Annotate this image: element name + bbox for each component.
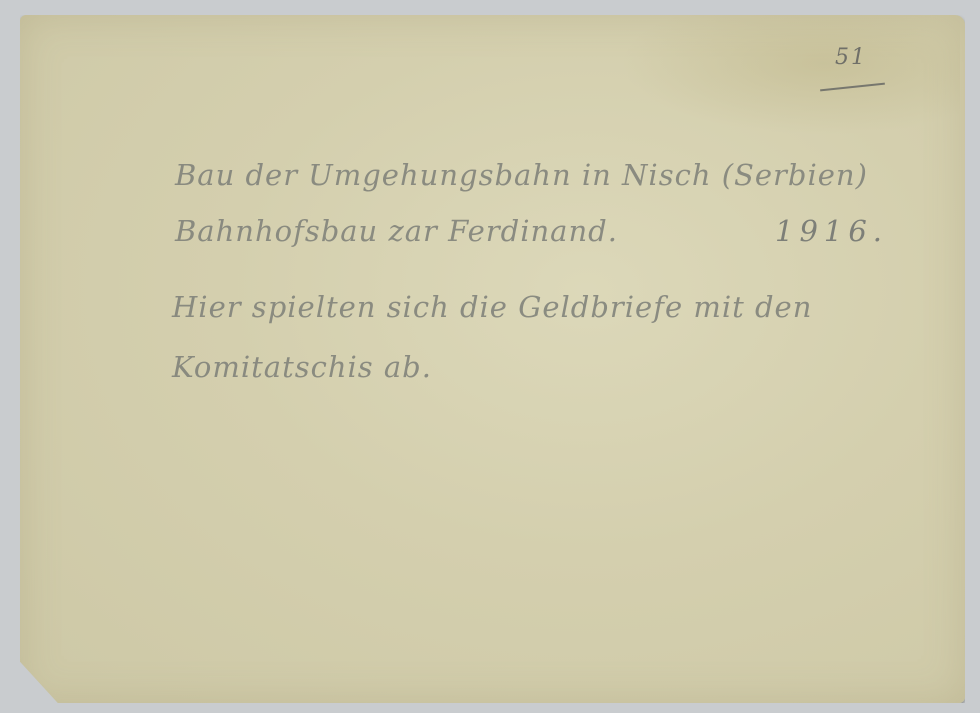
handwritten-line-2: Bahnhofsbau zar Ferdinand. bbox=[175, 214, 618, 248]
handwritten-line-1: Bau der Umgehungsbahn in Nisch (Serbien) bbox=[175, 158, 868, 192]
page-number: 51 bbox=[835, 45, 867, 70]
photo-card-back bbox=[20, 15, 965, 703]
handwritten-year: 1916. bbox=[775, 214, 888, 248]
paper-stain bbox=[620, 15, 960, 135]
handwritten-line-4: Komitatschis ab. bbox=[172, 350, 432, 384]
handwritten-line-3: Hier spielten sich die Geldbriefe mit de… bbox=[172, 290, 812, 324]
